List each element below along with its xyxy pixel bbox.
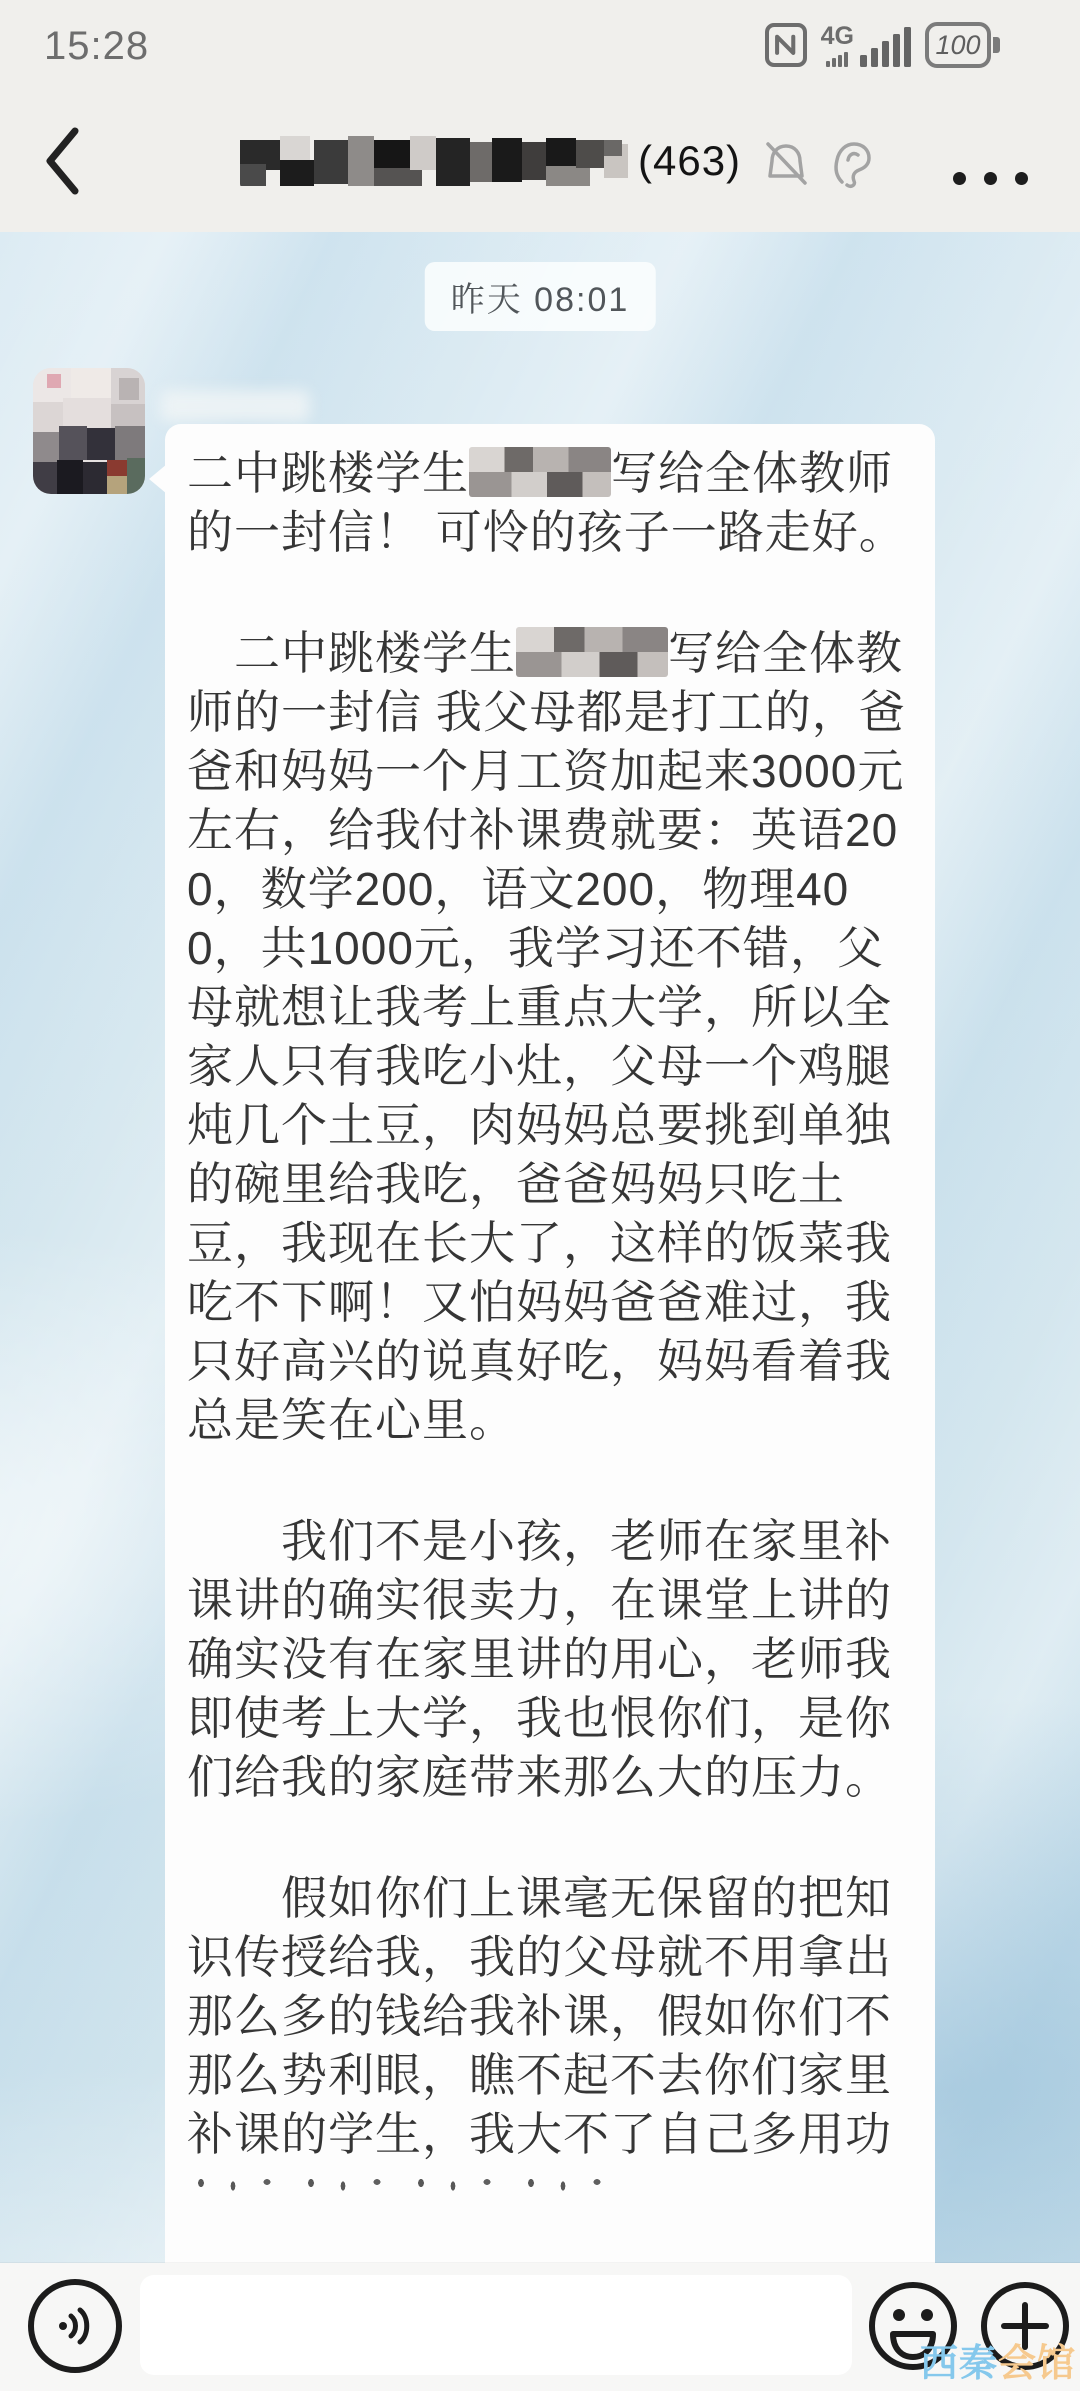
cellular-signal: 4G (821, 24, 911, 67)
censored-name (516, 627, 668, 677)
status-bar: 15:28 4G 100 (0, 0, 1080, 90)
back-button[interactable] (30, 118, 94, 204)
dot-icon (953, 172, 966, 185)
signal-bars-secondary-icon (826, 52, 848, 67)
signal-bars-icon (860, 27, 911, 67)
muted-bell-icon (760, 138, 812, 190)
date-stamp: 昨天 08:01 (425, 262, 656, 331)
message-input[interactable] (140, 2275, 852, 2375)
chat-title: (463) (240, 126, 741, 196)
member-count: (463) (638, 137, 741, 185)
message-paragraph: 假如你们上课毫无保留的把知识传授给我，我的父母就不用拿出那么多的钱给我补课，假如… (187, 1869, 909, 2164)
voice-waves-icon (49, 2300, 101, 2352)
battery-icon: 100 (925, 22, 1000, 68)
nav-bar: (463) (0, 90, 1080, 232)
censored-chat-name (240, 134, 632, 188)
dot-icon (1015, 172, 1028, 185)
top-bar: 15:28 4G 100 (0, 0, 1080, 232)
sender-avatar[interactable] (33, 368, 145, 494)
watermark-part1: 西秦 (920, 2343, 998, 2385)
dot-icon (984, 172, 997, 185)
sender-name-blurred (160, 390, 310, 422)
clipped-text-fragments (187, 2178, 607, 2198)
watermark-part2: 会馆 (998, 2343, 1076, 2385)
chat-state-icons (760, 138, 876, 190)
status-time: 15:28 (44, 24, 149, 69)
listen-mode-ear-icon (830, 138, 876, 190)
network-type-label: 4G (821, 24, 854, 49)
message-paragraph: 我们不是小孩，老师在家里补课讲的确实很卖力，在课堂上讲的确实没有在家里讲的用心，… (187, 1512, 909, 1807)
message-bubble[interactable]: 二中跳楼学生写给全体教师的一封信！ 可怜的孩子一路走好。 二中跳楼学生写给全体教… (165, 424, 935, 2300)
nfc-icon (765, 23, 807, 67)
voice-message-button[interactable] (28, 2279, 122, 2373)
message-paragraph: 二中跳楼学生写给全体教师的一封信！ 可怜的孩子一路走好。 (187, 444, 909, 562)
watermark: 西秦会馆 (920, 2332, 1076, 2387)
status-icons: 4G 100 (765, 22, 1000, 68)
battery-level: 100 (935, 30, 980, 61)
message-text: 二中跳楼学生写给全体教师的一封信！ 可怜的孩子一路走好。 二中跳楼学生写给全体教… (187, 444, 909, 2164)
chat-area: 昨天 08:01 二中跳楼学生写给全体教师的一封信！ 可怜的孩子一 (0, 232, 1080, 2391)
more-menu-button[interactable] (953, 172, 1028, 185)
message-input-bar (0, 2263, 1080, 2391)
phone-screen: 15:28 4G 100 (0, 0, 1080, 2391)
censored-name (469, 447, 611, 497)
message-paragraph: 二中跳楼学生写给全体教师的一封信 我父母都是打工的，爸爸和妈妈一个月工资加起来3… (187, 624, 909, 1450)
